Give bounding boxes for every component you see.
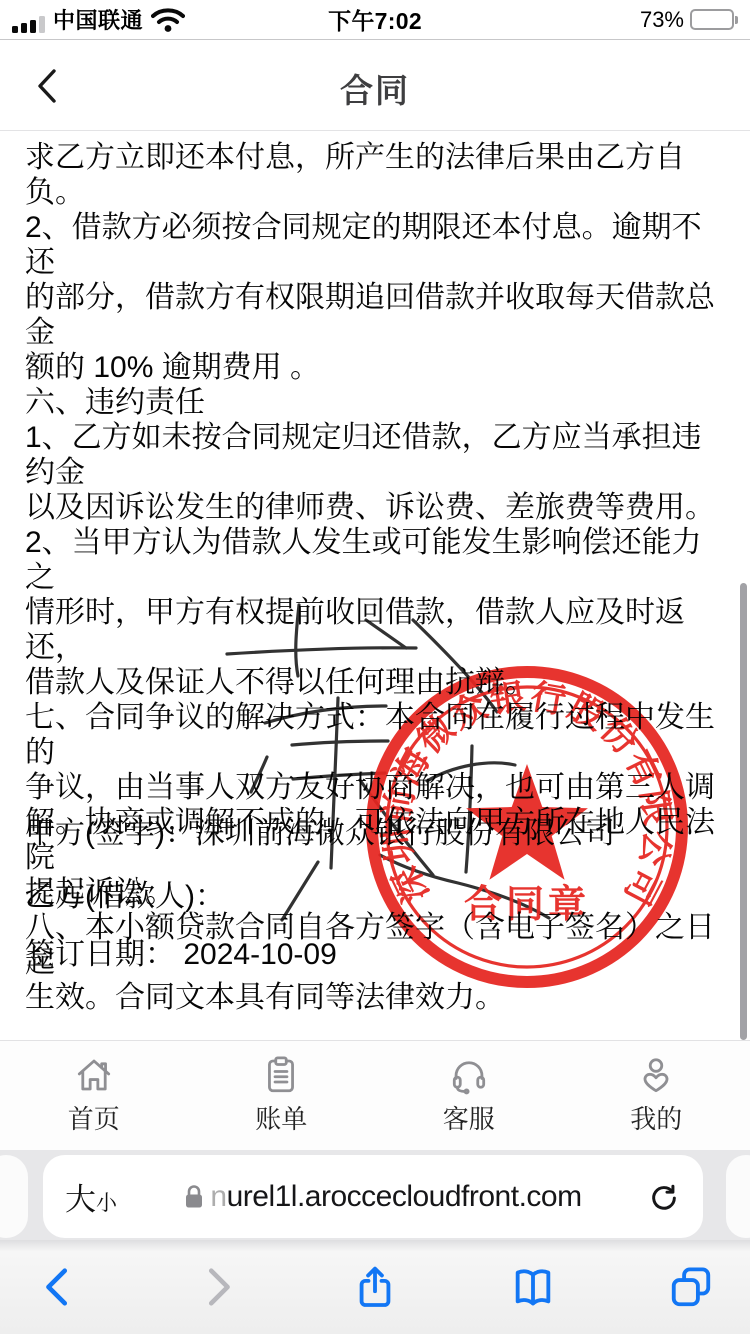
next-tab-peek[interactable]	[726, 1155, 750, 1238]
app-tab-bar: 首页 账单 客服 我的	[0, 1040, 750, 1150]
browser-toolbar	[0, 1240, 750, 1334]
contract-scroll-area[interactable]: 求乙方立即还本付息，所产生的法律后果由乙方自负。 2、借款方必须按合同规定的期限…	[0, 132, 750, 1040]
home-icon	[73, 1054, 115, 1096]
url-domain: urel1l.aroccecloudfront.com	[227, 1180, 582, 1213]
address-bar[interactable]: 大小 nurel1l.aroccecloudfront.com	[43, 1155, 703, 1238]
url-truncated-prefix: n	[210, 1180, 226, 1213]
share-icon	[352, 1261, 398, 1313]
scrollbar[interactable]	[740, 583, 747, 1040]
bill-icon	[260, 1054, 302, 1096]
tab-profile-label: 我的	[630, 1099, 682, 1136]
customer-service-icon	[448, 1054, 490, 1096]
party-a-signature-line: 甲方(签字)：深圳前海微众银行股份有限公司	[25, 808, 615, 852]
reload-icon[interactable]	[647, 1180, 681, 1214]
browser-address-row: 大小 nurel1l.aroccecloudfront.com	[0, 1150, 750, 1240]
bookmarks-button[interactable]	[510, 1261, 556, 1313]
clock: 下午7:02	[0, 3, 750, 36]
browser-forward-button[interactable]	[194, 1261, 240, 1313]
chevron-back-icon	[36, 1261, 82, 1313]
tab-customer-service[interactable]: 客服	[375, 1041, 563, 1150]
profile-icon	[635, 1054, 677, 1096]
bookmarks-book-icon	[510, 1261, 556, 1313]
tab-home[interactable]: 首页	[0, 1041, 188, 1150]
status-bar: 中国联通 下午7:02 73%	[0, 0, 750, 40]
tab-profile[interactable]: 我的	[563, 1041, 750, 1150]
url-text: nurel1l.aroccecloudfront.com	[210, 1180, 581, 1214]
chevron-forward-icon	[194, 1261, 240, 1313]
signing-date-line: 签订日期： 2024-10-09	[25, 929, 337, 973]
tab-customer-service-label: 客服	[443, 1099, 495, 1136]
tabs-icon	[668, 1261, 714, 1313]
share-button[interactable]	[352, 1261, 398, 1313]
previous-tab-peek[interactable]	[0, 1155, 28, 1238]
text-size-large-glyph: 大	[65, 1174, 96, 1219]
lock-icon	[182, 1182, 206, 1212]
party-b-signature-line: 乙方(借款人)：	[25, 871, 225, 915]
url-display: nurel1l.aroccecloudfront.com	[117, 1180, 647, 1214]
tabs-button[interactable]	[668, 1261, 714, 1313]
browser-back-button[interactable]	[36, 1261, 82, 1313]
page-title: 合同	[0, 65, 750, 112]
text-size-button[interactable]: 大小	[65, 1174, 117, 1219]
tab-home-label: 首页	[68, 1099, 120, 1136]
tab-bills[interactable]: 账单	[188, 1041, 376, 1150]
text-size-small-glyph: 小	[96, 1187, 117, 1217]
tab-bills-label: 账单	[255, 1099, 307, 1136]
app-header: 合同	[0, 41, 750, 131]
